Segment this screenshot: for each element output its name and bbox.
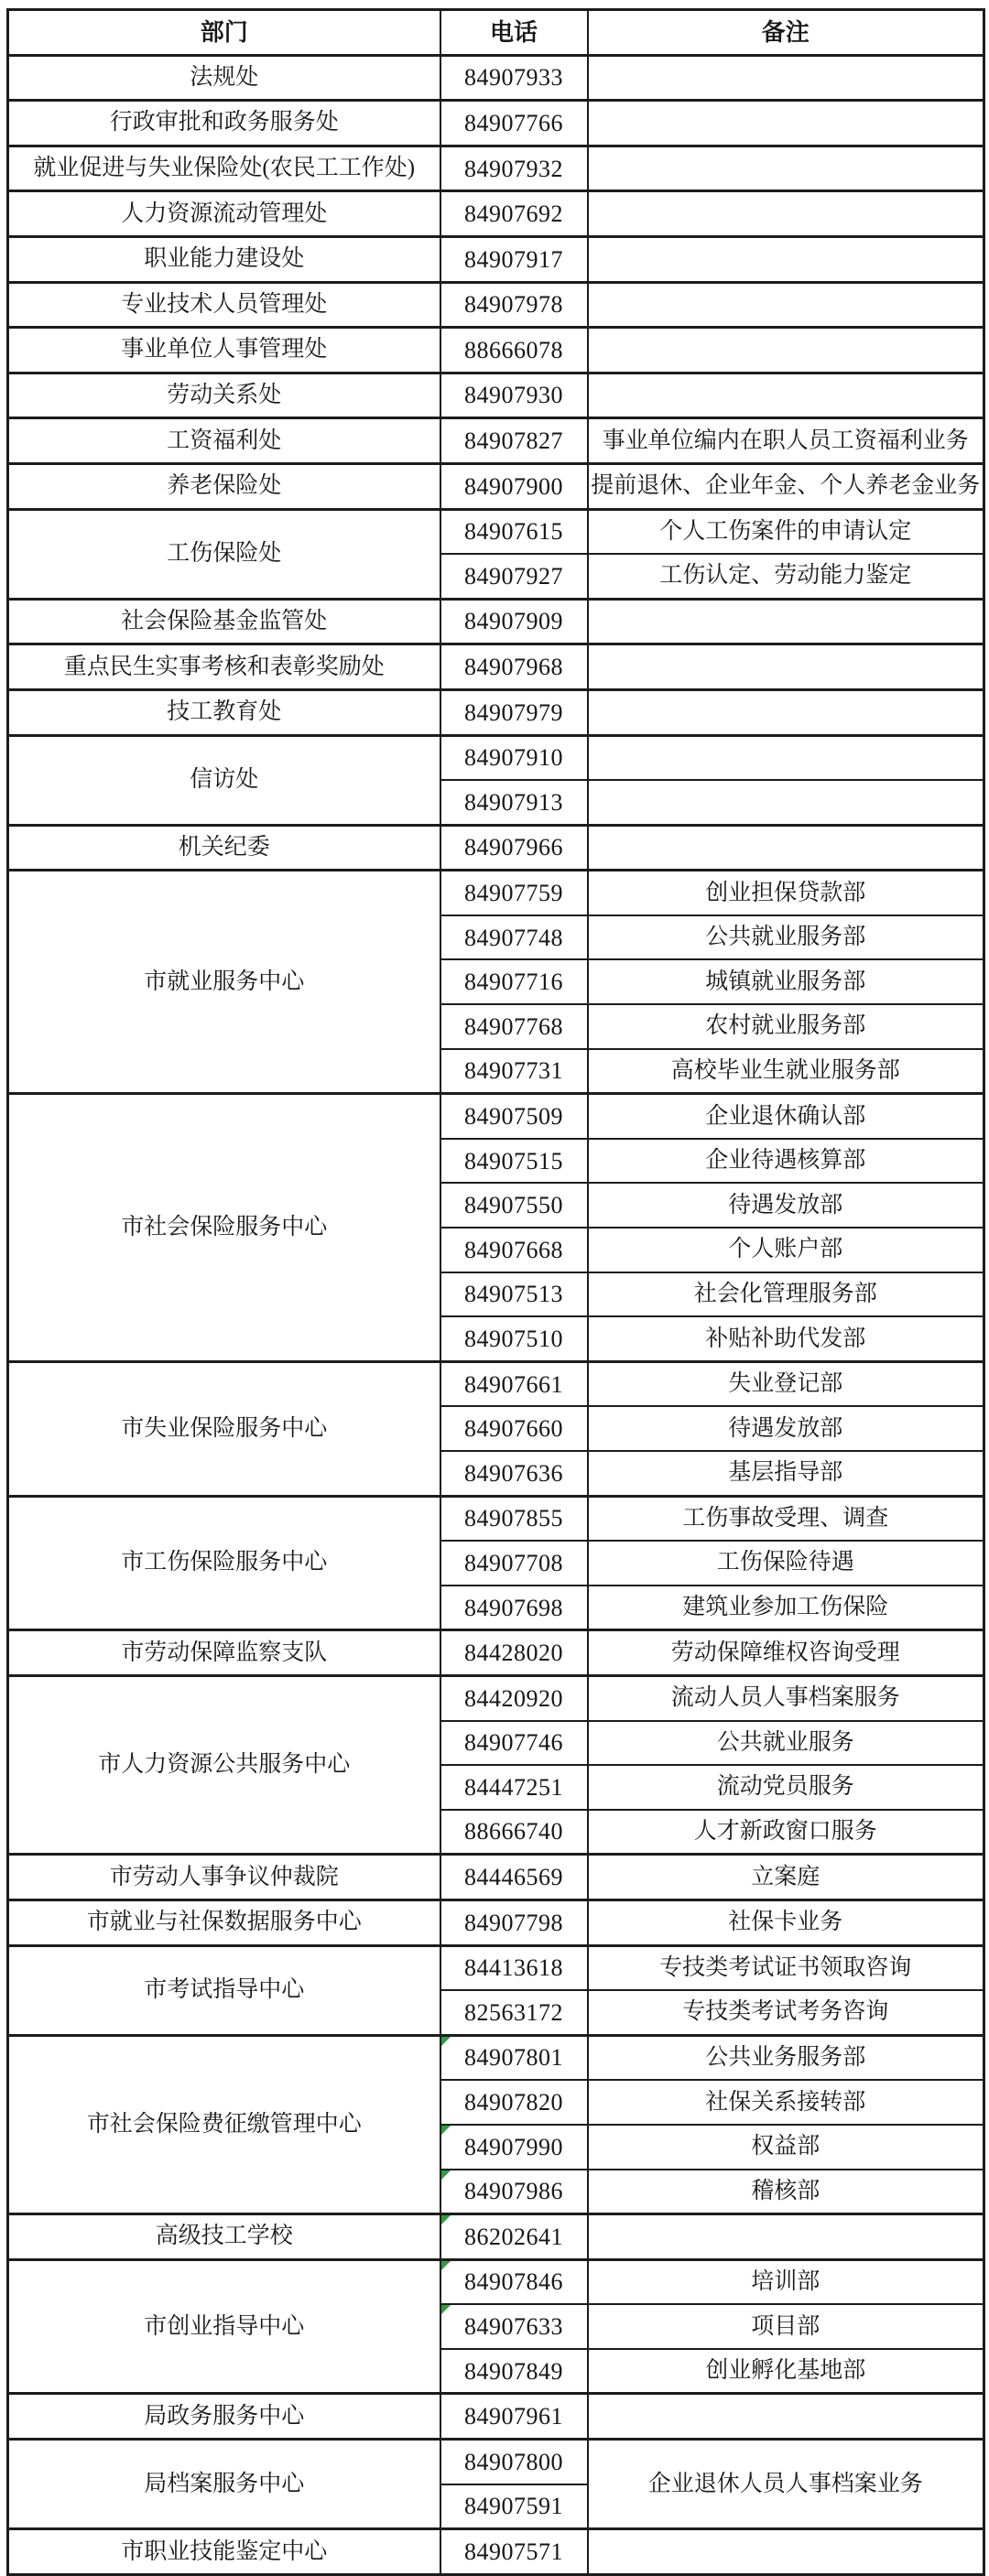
remark-cell: 工伤保险待遇 [588,1541,984,1586]
phone-cell: 84907979 [440,689,588,735]
phone-cell: 84907716 [440,959,588,1004]
table-row: 专业技术人员管理处84907978 [8,282,984,328]
phone-cell: 84907636 [440,1451,588,1496]
table-row: 养老保险处84907900提前退休、企业年金、个人养老金业务 [8,463,984,509]
remark-cell [588,780,984,825]
remark-cell: 工伤认定、劳动能力鉴定 [588,554,984,599]
table-body: 法规处84907933行政审批和政务服务处84907766就业促进与失业保险处(… [8,55,984,2574]
contact-table: 部门 电话 备注 法规处84907933行政审批和政务服务处84907766就业… [6,8,985,2576]
remark-cell: 立案庭 [588,1855,984,1900]
department-cell: 市劳动保障监察支队 [8,1630,440,1676]
phone-cell: 84907692 [440,191,588,237]
table-row: 市创业指导中心84907846培训部 [8,2259,984,2304]
remark-cell: 补贴补助代发部 [588,1316,984,1361]
phone-cell: 84907968 [440,644,588,690]
phone-cell: 84907731 [440,1049,588,1094]
remark-cell: 流动人员人事档案服务 [588,1675,984,1720]
phone-cell: 84907846 [440,2259,588,2304]
department-cell: 市工伤保险服务中心 [8,1496,440,1630]
table-row: 工伤保险处84907615个人工伤案件的申请认定 [8,509,984,554]
phone-cell: 84907900 [440,463,588,509]
phone-cell: 84907515 [440,1139,588,1184]
remark-cell: 项目部 [588,2304,984,2349]
remark-cell: 建筑业参加工伤保险 [588,1586,984,1630]
department-cell: 养老保险处 [8,463,440,509]
department-cell: 就业促进与失业保险处(农民工工作处) [8,146,440,191]
department-cell: 市就业与社保数据服务中心 [8,1900,440,1945]
remark-cell [588,328,984,373]
remark-cell [588,689,984,735]
department-cell: 局政务服务中心 [8,2394,440,2440]
green-corner-flag-icon [441,2215,451,2224]
phone-cell: 84907961 [440,2394,588,2440]
table-row: 重点民生实事考核和表彰奖励处84907968 [8,644,984,690]
phone-cell: 86202641 [440,2214,588,2260]
remark-cell: 社保卡业务 [588,1900,984,1945]
remark-cell [588,191,984,237]
phone-cell: 84907759 [440,871,588,915]
department-cell: 法规处 [8,55,440,101]
phone-cell: 84907801 [440,2035,588,2080]
table-row: 市社会保险服务中心84907509企业退休确认部 [8,1094,984,1139]
table-row: 就业促进与失业保险处(农民工工作处)84907932 [8,146,984,191]
department-cell: 重点民生实事考核和表彰奖励处 [8,644,440,690]
phone-cell: 88666078 [440,328,588,373]
table-row: 局政务服务中心84907961 [8,2394,984,2440]
phone-cell: 84907615 [440,509,588,554]
phone-cell: 84907668 [440,1228,588,1272]
phone-cell: 84907933 [440,55,588,101]
table-row: 市工伤保险服务中心84907855工伤事故受理、调查 [8,1496,984,1541]
green-corner-flag-icon [441,2126,451,2135]
remark-cell [588,599,984,644]
phone-cell: 84907932 [440,146,588,191]
department-cell: 市劳动人事争议仲裁院 [8,1855,440,1900]
remark-cell: 企业待遇核算部 [588,1139,984,1184]
remark-cell: 创业担保贷款部 [588,871,984,915]
department-cell: 市社会保险费征缴管理中心 [8,2035,440,2213]
phone-cell: 84907510 [440,1316,588,1361]
table-row: 市社会保险费征缴管理中心84907801公共业务服务部 [8,2035,984,2080]
green-corner-flag-icon [441,2037,451,2046]
department-cell: 市就业服务中心 [8,871,440,1094]
phone-cell: 84907513 [440,1272,588,1317]
remark-cell: 事业单位编内在职人员工资福利业务 [588,418,984,464]
remark-cell [588,236,984,282]
department-cell: 专业技术人员管理处 [8,282,440,328]
table-row: 行政审批和政务服务处84907766 [8,101,984,146]
phone-cell: 84907978 [440,282,588,328]
phone-cell: 84907986 [440,2170,588,2214]
table-row: 法规处84907933 [8,55,984,101]
phone-cell: 84907748 [440,915,588,960]
phone-cell: 84907827 [440,418,588,464]
remark-cell: 企业退休人员人事档案业务 [588,2440,984,2529]
table-row: 市失业保险服务中心84907661失业登记部 [8,1361,984,1406]
green-corner-flag-icon [441,2305,451,2314]
table-row: 高级技工学校86202641 [8,2214,984,2260]
phone-cell: 84413618 [440,1945,588,1990]
remark-cell [588,282,984,328]
phone-cell: 84907909 [440,599,588,644]
table-row: 事业单位人事管理处88666078 [8,328,984,373]
phone-cell: 84420920 [440,1675,588,1720]
remark-cell: 城镇就业服务部 [588,959,984,1004]
phone-cell: 84907571 [440,2529,588,2575]
remark-cell: 人才新政窗口服务 [588,1810,984,1855]
green-corner-flag-icon [441,2170,451,2180]
remark-cell: 待遇发放部 [588,1183,984,1228]
table-row: 人力资源流动管理处84907692 [8,191,984,237]
green-corner-flag-icon [441,2261,451,2270]
phone-cell: 84907661 [440,1361,588,1406]
remark-cell: 创业孵化基地部 [588,2349,984,2394]
phone-cell: 84907927 [440,554,588,599]
remark-cell: 高校毕业生就业服务部 [588,1049,984,1094]
remark-cell: 工伤事故受理、调查 [588,1496,984,1541]
remark-cell: 专技类考试考务咨询 [588,1990,984,2035]
phone-cell: 84447251 [440,1765,588,1810]
remark-cell: 个人账户部 [588,1228,984,1272]
remark-cell: 权益部 [588,2125,984,2170]
phone-cell: 84907910 [440,735,588,780]
remark-cell [588,644,984,690]
remark-cell: 公共业务服务部 [588,2035,984,2080]
department-cell: 市失业保险服务中心 [8,1361,440,1496]
department-cell: 市人力资源公共服务中心 [8,1675,440,1854]
phone-cell: 84907766 [440,101,588,146]
department-cell: 人力资源流动管理处 [8,191,440,237]
department-cell: 市职业技能鉴定中心 [8,2529,440,2575]
header-row: 部门 电话 备注 [8,10,984,56]
department-cell: 高级技工学校 [8,2214,440,2260]
department-cell: 社会保险基金监管处 [8,599,440,644]
table-row: 市劳动人事争议仲裁院84446569立案庭 [8,1855,984,1900]
phone-cell: 84907509 [440,1094,588,1139]
table-row: 劳动关系处84907930 [8,373,984,418]
table-row: 市劳动保障监察支队84428020劳动保障维权咨询受理 [8,1630,984,1676]
department-cell: 工伤保险处 [8,509,440,599]
remark-cell: 公共就业服务部 [588,915,984,960]
phone-cell: 84907746 [440,1721,588,1766]
phone-cell: 84907708 [440,1541,588,1586]
phone-cell: 82563172 [440,1990,588,2035]
remark-cell [588,2529,984,2575]
remark-cell: 待遇发放部 [588,1406,984,1451]
phone-cell: 84428020 [440,1630,588,1676]
phone-cell: 84907698 [440,1586,588,1630]
remark-cell: 社保关系接转部 [588,2080,984,2125]
department-cell: 市创业指导中心 [8,2259,440,2394]
table-row: 机关纪委84907966 [8,825,984,871]
table-row: 局档案服务中心84907800企业退休人员人事档案业务 [8,2440,984,2484]
remark-cell: 企业退休确认部 [588,1094,984,1139]
department-cell: 局档案服务中心 [8,2440,440,2529]
department-cell: 行政审批和政务服务处 [8,101,440,146]
phone-cell: 84446569 [440,1855,588,1900]
phone-cell: 84907820 [440,2080,588,2125]
table-row: 技工教育处84907979 [8,689,984,735]
remark-cell: 提前退休、企业年金、个人养老金业务 [588,463,984,509]
department-cell: 技工教育处 [8,689,440,735]
department-cell: 机关纪委 [8,825,440,871]
phone-cell: 84907855 [440,1496,588,1541]
phone-cell: 84907800 [440,2440,588,2484]
remark-cell: 社会化管理服务部 [588,1272,984,1317]
table-row: 市就业服务中心84907759创业担保贷款部 [8,871,984,915]
phone-cell: 84907990 [440,2125,588,2170]
department-cell: 劳动关系处 [8,373,440,418]
phone-cell: 84907913 [440,780,588,825]
header-phone-cell: 电话 [440,10,588,56]
table-row: 市就业与社保数据服务中心84907798社保卡业务 [8,1900,984,1945]
remark-cell [588,55,984,101]
remark-cell [588,373,984,418]
table-row: 社会保险基金监管处84907909 [8,599,984,644]
remark-cell [588,2214,984,2260]
phone-cell: 84907917 [440,236,588,282]
department-cell: 市考试指导中心 [8,1945,440,2035]
phone-cell: 84907849 [440,2349,588,2394]
header-remark-cell: 备注 [588,10,984,56]
department-cell: 事业单位人事管理处 [8,328,440,373]
remark-cell: 个人工伤案件的申请认定 [588,509,984,554]
remark-cell: 培训部 [588,2259,984,2304]
remark-cell: 公共就业服务 [588,1721,984,1766]
table-row: 市考试指导中心84413618专技类考试证书领取咨询 [8,1945,984,1990]
remark-cell [588,735,984,780]
phone-cell: 84907966 [440,825,588,871]
phone-cell: 84907930 [440,373,588,418]
table-row: 职业能力建设处84907917 [8,236,984,282]
remark-cell: 失业登记部 [588,1361,984,1406]
remark-cell [588,146,984,191]
department-cell: 市社会保险服务中心 [8,1094,440,1362]
department-cell: 职业能力建设处 [8,236,440,282]
phone-cell: 84907660 [440,1406,588,1451]
remark-cell: 农村就业服务部 [588,1004,984,1049]
remark-cell [588,2394,984,2440]
phone-cell: 84907591 [440,2484,588,2529]
remark-cell: 稽核部 [588,2170,984,2214]
phone-cell: 88666740 [440,1810,588,1855]
phone-cell: 84907798 [440,1900,588,1945]
phone-cell: 84907633 [440,2304,588,2349]
table-row: 工资福利处84907827事业单位编内在职人员工资福利业务 [8,418,984,464]
table-row: 信访处84907910 [8,735,984,780]
phone-cell: 84907768 [440,1004,588,1049]
remark-cell: 流动党员服务 [588,1765,984,1810]
phone-cell: 84907550 [440,1183,588,1228]
remark-cell: 专技类考试证书领取咨询 [588,1945,984,1990]
remark-cell: 基层指导部 [588,1451,984,1496]
table-row: 市人力资源公共服务中心84420920流动人员人事档案服务 [8,1675,984,1720]
department-cell: 工资福利处 [8,418,440,464]
remark-cell [588,101,984,146]
remark-cell: 劳动保障维权咨询受理 [588,1630,984,1676]
header-department-cell: 部门 [8,10,440,56]
table-row: 市职业技能鉴定中心84907571 [8,2529,984,2575]
remark-cell [588,825,984,871]
department-cell: 信访处 [8,735,440,825]
